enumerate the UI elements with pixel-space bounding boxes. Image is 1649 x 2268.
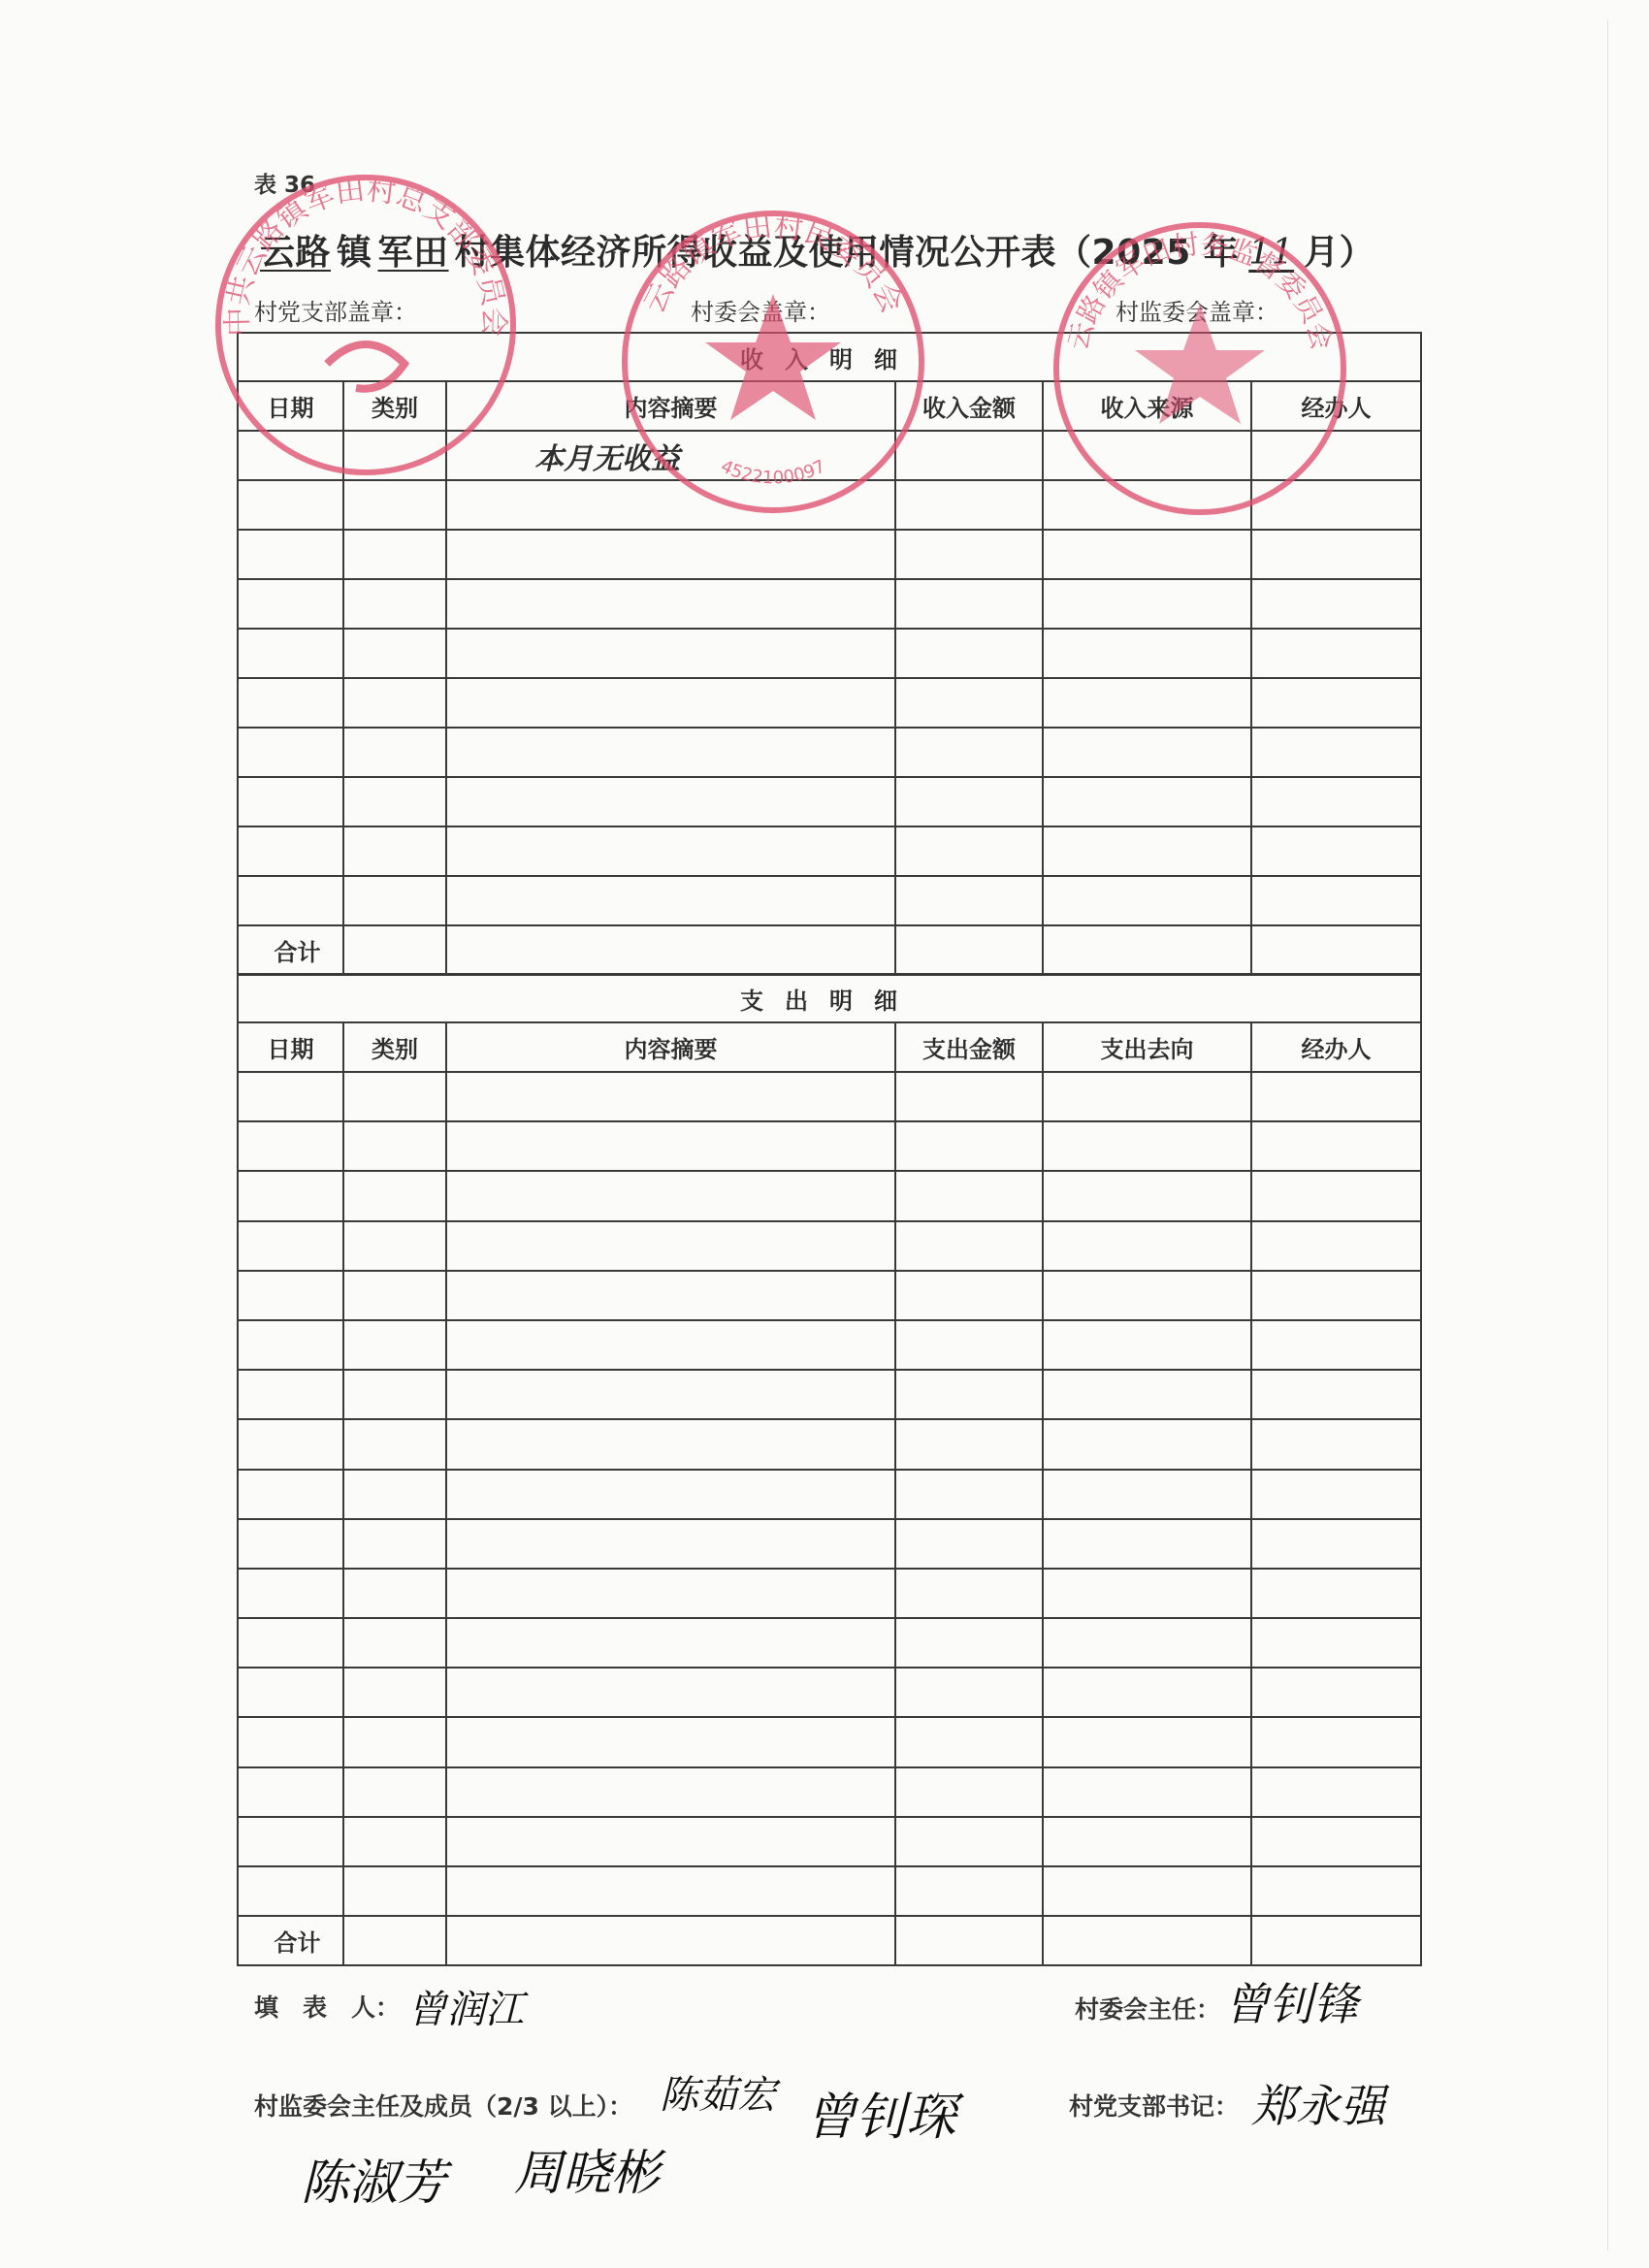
expense-table-row <box>238 1271 1421 1320</box>
expense-cell <box>343 1419 446 1469</box>
expense-cell <box>1043 1767 1251 1817</box>
expense-cell <box>1251 1817 1421 1866</box>
income-total-row: 合计 <box>238 925 1421 975</box>
expense-column-header: 支出金额 <box>895 1022 1043 1072</box>
income-cell <box>343 629 446 678</box>
expense-table: 支出明细 日期类别内容摘要支出金额支出去向经办人 合计 <box>237 973 1422 1966</box>
scan-edge-line <box>1607 19 1608 2251</box>
income-column-header: 类别 <box>343 381 446 431</box>
expense-cell <box>446 1866 895 1916</box>
expense-cell <box>446 1072 895 1121</box>
income-cell <box>446 629 895 678</box>
income-cell <box>1251 777 1421 826</box>
expense-table-row <box>238 1519 1421 1569</box>
expense-column-header: 支出去向 <box>1043 1022 1251 1072</box>
expense-cell <box>1043 1121 1251 1171</box>
expense-cell <box>238 1221 343 1271</box>
income-cell <box>1251 826 1421 876</box>
income-column-header: 经办人 <box>1251 381 1421 431</box>
expense-cell <box>895 1171 1043 1220</box>
income-column-header: 收入来源 <box>1043 381 1251 431</box>
page-title: 云路镇军田村集体经济所得收益及使用情况公开表（2025 年11月） <box>254 225 1374 275</box>
income-column-header: 内容摘要 <box>446 381 895 431</box>
income-column-header: 日期 <box>238 381 343 431</box>
expense-column-header: 类别 <box>343 1022 446 1072</box>
expense-cell <box>895 1717 1043 1766</box>
income-cell <box>1043 678 1251 728</box>
expense-cell <box>238 1320 343 1370</box>
income-cell <box>895 579 1043 629</box>
supervision-signature-2: 曾钊琛 <box>805 2076 956 2149</box>
expense-cell <box>238 1171 343 1220</box>
expense-cell <box>446 1618 895 1668</box>
expense-cell <box>343 1618 446 1668</box>
expense-table-row <box>238 1171 1421 1220</box>
expense-table-row <box>238 1767 1421 1817</box>
income-table-row <box>238 728 1421 777</box>
expense-cell <box>446 1221 895 1271</box>
expense-cell <box>1043 1419 1251 1469</box>
income-cell <box>895 629 1043 678</box>
preparer-signature: 曾润江 <box>407 1979 524 2034</box>
income-total-cell <box>446 925 895 975</box>
income-cell <box>895 777 1043 826</box>
expense-cell <box>895 1519 1043 1569</box>
expense-cell <box>1043 1618 1251 1668</box>
expense-cell <box>343 1817 446 1866</box>
expense-cell <box>343 1271 446 1320</box>
expense-cell <box>1251 1271 1421 1320</box>
expense-table-row <box>238 1221 1421 1271</box>
supervision-seal-label: 村监委会盖章： <box>1115 293 1278 327</box>
expense-cell <box>1043 1271 1251 1320</box>
expense-cell <box>238 1072 343 1121</box>
income-column-header: 收入金额 <box>895 381 1043 431</box>
expense-cell <box>1043 1171 1251 1220</box>
income-cell <box>343 480 446 530</box>
income-table-row <box>238 530 1421 579</box>
income-cell <box>1251 530 1421 579</box>
town-suffix: 镇 <box>337 233 372 273</box>
expense-column-header: 经办人 <box>1251 1022 1421 1072</box>
income-cell <box>446 777 895 826</box>
expense-cell <box>446 1668 895 1717</box>
income-cell <box>1251 728 1421 777</box>
expense-cell <box>343 1370 446 1419</box>
expense-cell <box>895 1221 1043 1271</box>
expense-cell <box>446 1519 895 1569</box>
town-name: 云路 <box>254 233 337 273</box>
income-table-row <box>238 777 1421 826</box>
income-cell <box>1043 629 1251 678</box>
party-secretary-signature: 郑永强 <box>1251 2071 1385 2135</box>
expense-cell <box>238 1668 343 1717</box>
expense-cell <box>1043 1569 1251 1618</box>
expense-total-cell <box>446 1916 895 1965</box>
expense-table-row <box>238 1569 1421 1618</box>
expense-cell <box>1043 1221 1251 1271</box>
expense-cell <box>446 1767 895 1817</box>
income-table: 收入明细 日期类别内容摘要收入金额收入来源经办人 本月无收益合计 <box>237 332 1422 976</box>
expense-cell <box>238 1569 343 1618</box>
expense-column-header: 日期 <box>238 1022 343 1072</box>
committee-director-signature: 曾钊锋 <box>1224 1969 1358 2033</box>
expense-cell <box>1043 1072 1251 1121</box>
income-total-label: 合计 <box>238 925 343 975</box>
expense-cell <box>446 1370 895 1419</box>
income-cell <box>895 431 1043 480</box>
income-table-row: 本月无收益 <box>238 431 1421 480</box>
expense-table-row <box>238 1817 1421 1866</box>
expense-cell <box>1251 1320 1421 1370</box>
expense-cell <box>343 1470 446 1519</box>
expense-cell <box>1043 1817 1251 1866</box>
expense-cell <box>895 1370 1043 1419</box>
income-cell <box>446 728 895 777</box>
income-cell <box>1043 777 1251 826</box>
income-total-cell <box>1251 925 1421 975</box>
expense-cell <box>446 1470 895 1519</box>
expense-cell <box>343 1717 446 1766</box>
title-main: 村集体经济所得收益及使用情况公开表（2025 年 <box>455 233 1240 273</box>
income-cell <box>343 826 446 876</box>
income-section-title: 收入明细 <box>238 333 1421 381</box>
income-cell <box>1251 629 1421 678</box>
expense-cell <box>238 1370 343 1419</box>
income-table-row <box>238 579 1421 629</box>
expense-table-row <box>238 1470 1421 1519</box>
income-cell <box>1043 826 1251 876</box>
expense-cell <box>238 1618 343 1668</box>
expense-cell <box>895 1320 1043 1370</box>
expense-cell <box>895 1470 1043 1519</box>
income-table-row <box>238 678 1421 728</box>
expense-cell <box>1251 1419 1421 1469</box>
income-cell <box>238 629 343 678</box>
expense-cell <box>1251 1072 1421 1121</box>
expense-column-header: 内容摘要 <box>446 1022 895 1072</box>
expense-cell <box>343 1668 446 1717</box>
expense-cell <box>895 1419 1043 1469</box>
expense-cell <box>446 1569 895 1618</box>
expense-total-cell <box>895 1916 1043 1965</box>
expense-cell <box>238 1519 343 1569</box>
expense-cell <box>895 1668 1043 1717</box>
income-cell <box>446 678 895 728</box>
expense-cell <box>446 1121 895 1171</box>
expense-cell <box>895 1121 1043 1171</box>
expense-cell <box>343 1171 446 1220</box>
expense-cell <box>343 1519 446 1569</box>
expense-total-cell <box>1251 1916 1421 1965</box>
expense-cell <box>1043 1717 1251 1766</box>
expense-total-label: 合计 <box>238 1916 343 1965</box>
expense-cell <box>1251 1470 1421 1519</box>
expense-cell <box>895 1817 1043 1866</box>
expense-table-row <box>238 1320 1421 1370</box>
income-cell <box>1043 876 1251 925</box>
expense-cell <box>1251 1370 1421 1419</box>
supervision-signature-1: 陈茹宏 <box>660 2064 776 2120</box>
income-cell <box>343 431 446 480</box>
income-cell <box>1251 579 1421 629</box>
expense-cell <box>1251 1221 1421 1271</box>
expense-table-row <box>238 1419 1421 1469</box>
income-cell <box>1251 876 1421 925</box>
expense-cell <box>1043 1866 1251 1916</box>
expense-total-cell <box>1043 1916 1251 1965</box>
month-suffix: 月） <box>1304 233 1374 273</box>
expense-cell <box>895 1866 1043 1916</box>
expense-cell <box>238 1817 343 1866</box>
income-table-row <box>238 480 1421 530</box>
expense-table-row <box>238 1121 1421 1171</box>
expense-cell <box>446 1817 895 1866</box>
income-cell <box>238 530 343 579</box>
supervision-members-label: 村监委会主任及成员（2/3 以上）： <box>254 2088 632 2122</box>
expense-cell <box>1043 1370 1251 1419</box>
income-cell <box>1043 728 1251 777</box>
expense-cell <box>895 1618 1043 1668</box>
expense-cell <box>1043 1519 1251 1569</box>
income-total-cell <box>895 925 1043 975</box>
expense-cell <box>1251 1519 1421 1569</box>
supervision-signature-4: 周晓彬 <box>514 2134 660 2204</box>
expense-cell <box>446 1717 895 1766</box>
expense-cell <box>343 1121 446 1171</box>
income-cell <box>446 826 895 876</box>
month-value: 11 <box>1239 233 1304 273</box>
expense-cell <box>343 1767 446 1817</box>
income-cell <box>238 678 343 728</box>
income-cell <box>1251 431 1421 480</box>
income-cell <box>446 876 895 925</box>
income-cell <box>238 579 343 629</box>
income-table-row <box>238 629 1421 678</box>
expense-cell <box>446 1171 895 1220</box>
expense-cell <box>238 1419 343 1469</box>
income-cell <box>1043 480 1251 530</box>
income-cell: 本月无收益 <box>446 431 895 480</box>
income-cell <box>446 480 895 530</box>
expense-table-row <box>238 1370 1421 1419</box>
expense-cell <box>446 1271 895 1320</box>
expense-cell <box>238 1121 343 1171</box>
party-secretary-label: 村党支部书记： <box>1069 2088 1239 2122</box>
expense-cell <box>446 1320 895 1370</box>
expense-cell <box>1251 1717 1421 1766</box>
expense-cell <box>343 1569 446 1618</box>
form-number: 表 36 <box>254 167 315 199</box>
expense-cell <box>1251 1767 1421 1817</box>
expense-cell <box>895 1767 1043 1817</box>
supervision-signature-3: 陈淑芳 <box>301 2144 446 2214</box>
income-total-cell <box>343 925 446 975</box>
income-cell <box>895 678 1043 728</box>
expense-table-row <box>238 1717 1421 1766</box>
expense-total-cell <box>343 1916 446 1965</box>
expense-table-row <box>238 1866 1421 1916</box>
expense-cell <box>238 1470 343 1519</box>
expense-table-row <box>238 1668 1421 1717</box>
expense-cell <box>238 1717 343 1766</box>
committee-director-label: 村委会主任： <box>1075 1991 1220 2025</box>
expense-cell <box>895 1569 1043 1618</box>
income-cell <box>238 777 343 826</box>
income-cell <box>895 530 1043 579</box>
income-cell <box>895 728 1043 777</box>
income-cell <box>238 826 343 876</box>
income-cell <box>1251 678 1421 728</box>
income-cell <box>343 530 446 579</box>
income-cell <box>446 579 895 629</box>
expense-cell <box>343 1221 446 1271</box>
expense-cell <box>343 1072 446 1121</box>
income-cell <box>895 480 1043 530</box>
income-cell <box>238 728 343 777</box>
income-cell <box>238 480 343 530</box>
party-branch-seal-label: 村党支部盖章： <box>254 293 417 327</box>
expense-cell <box>1043 1320 1251 1370</box>
expense-cell <box>1043 1470 1251 1519</box>
income-cell <box>343 728 446 777</box>
expense-table-row <box>238 1072 1421 1121</box>
expense-cell <box>343 1866 446 1916</box>
expense-cell <box>1251 1171 1421 1220</box>
income-cell <box>1043 579 1251 629</box>
expense-total-row: 合计 <box>238 1916 1421 1965</box>
village-committee-seal-label: 村委会盖章： <box>691 293 830 327</box>
income-cell <box>1251 480 1421 530</box>
income-cell <box>1043 530 1251 579</box>
expense-cell <box>1251 1569 1421 1618</box>
expense-table-row <box>238 1618 1421 1668</box>
income-cell <box>1043 431 1251 480</box>
expense-section-title: 支出明细 <box>238 974 1421 1022</box>
preparer-label: 填 表 人： <box>254 1989 400 2024</box>
expense-cell <box>238 1767 343 1817</box>
income-cell <box>238 431 343 480</box>
income-cell <box>343 678 446 728</box>
expense-cell <box>1251 1668 1421 1717</box>
expense-cell <box>238 1271 343 1320</box>
income-cell <box>343 777 446 826</box>
income-table-row <box>238 826 1421 876</box>
expense-cell <box>446 1419 895 1469</box>
income-cell <box>343 876 446 925</box>
expense-cell <box>1251 1618 1421 1668</box>
income-cell <box>895 876 1043 925</box>
expense-cell <box>1251 1121 1421 1171</box>
income-cell <box>446 530 895 579</box>
village-name: 军田 <box>372 233 455 273</box>
income-table-row <box>238 876 1421 925</box>
expense-cell <box>238 1866 343 1916</box>
income-cell <box>895 826 1043 876</box>
expense-cell <box>1251 1866 1421 1916</box>
expense-cell <box>895 1271 1043 1320</box>
expense-cell <box>895 1072 1043 1121</box>
income-cell <box>238 876 343 925</box>
expense-cell <box>343 1320 446 1370</box>
income-cell <box>343 579 446 629</box>
income-total-cell <box>1043 925 1251 975</box>
expense-cell <box>1043 1668 1251 1717</box>
